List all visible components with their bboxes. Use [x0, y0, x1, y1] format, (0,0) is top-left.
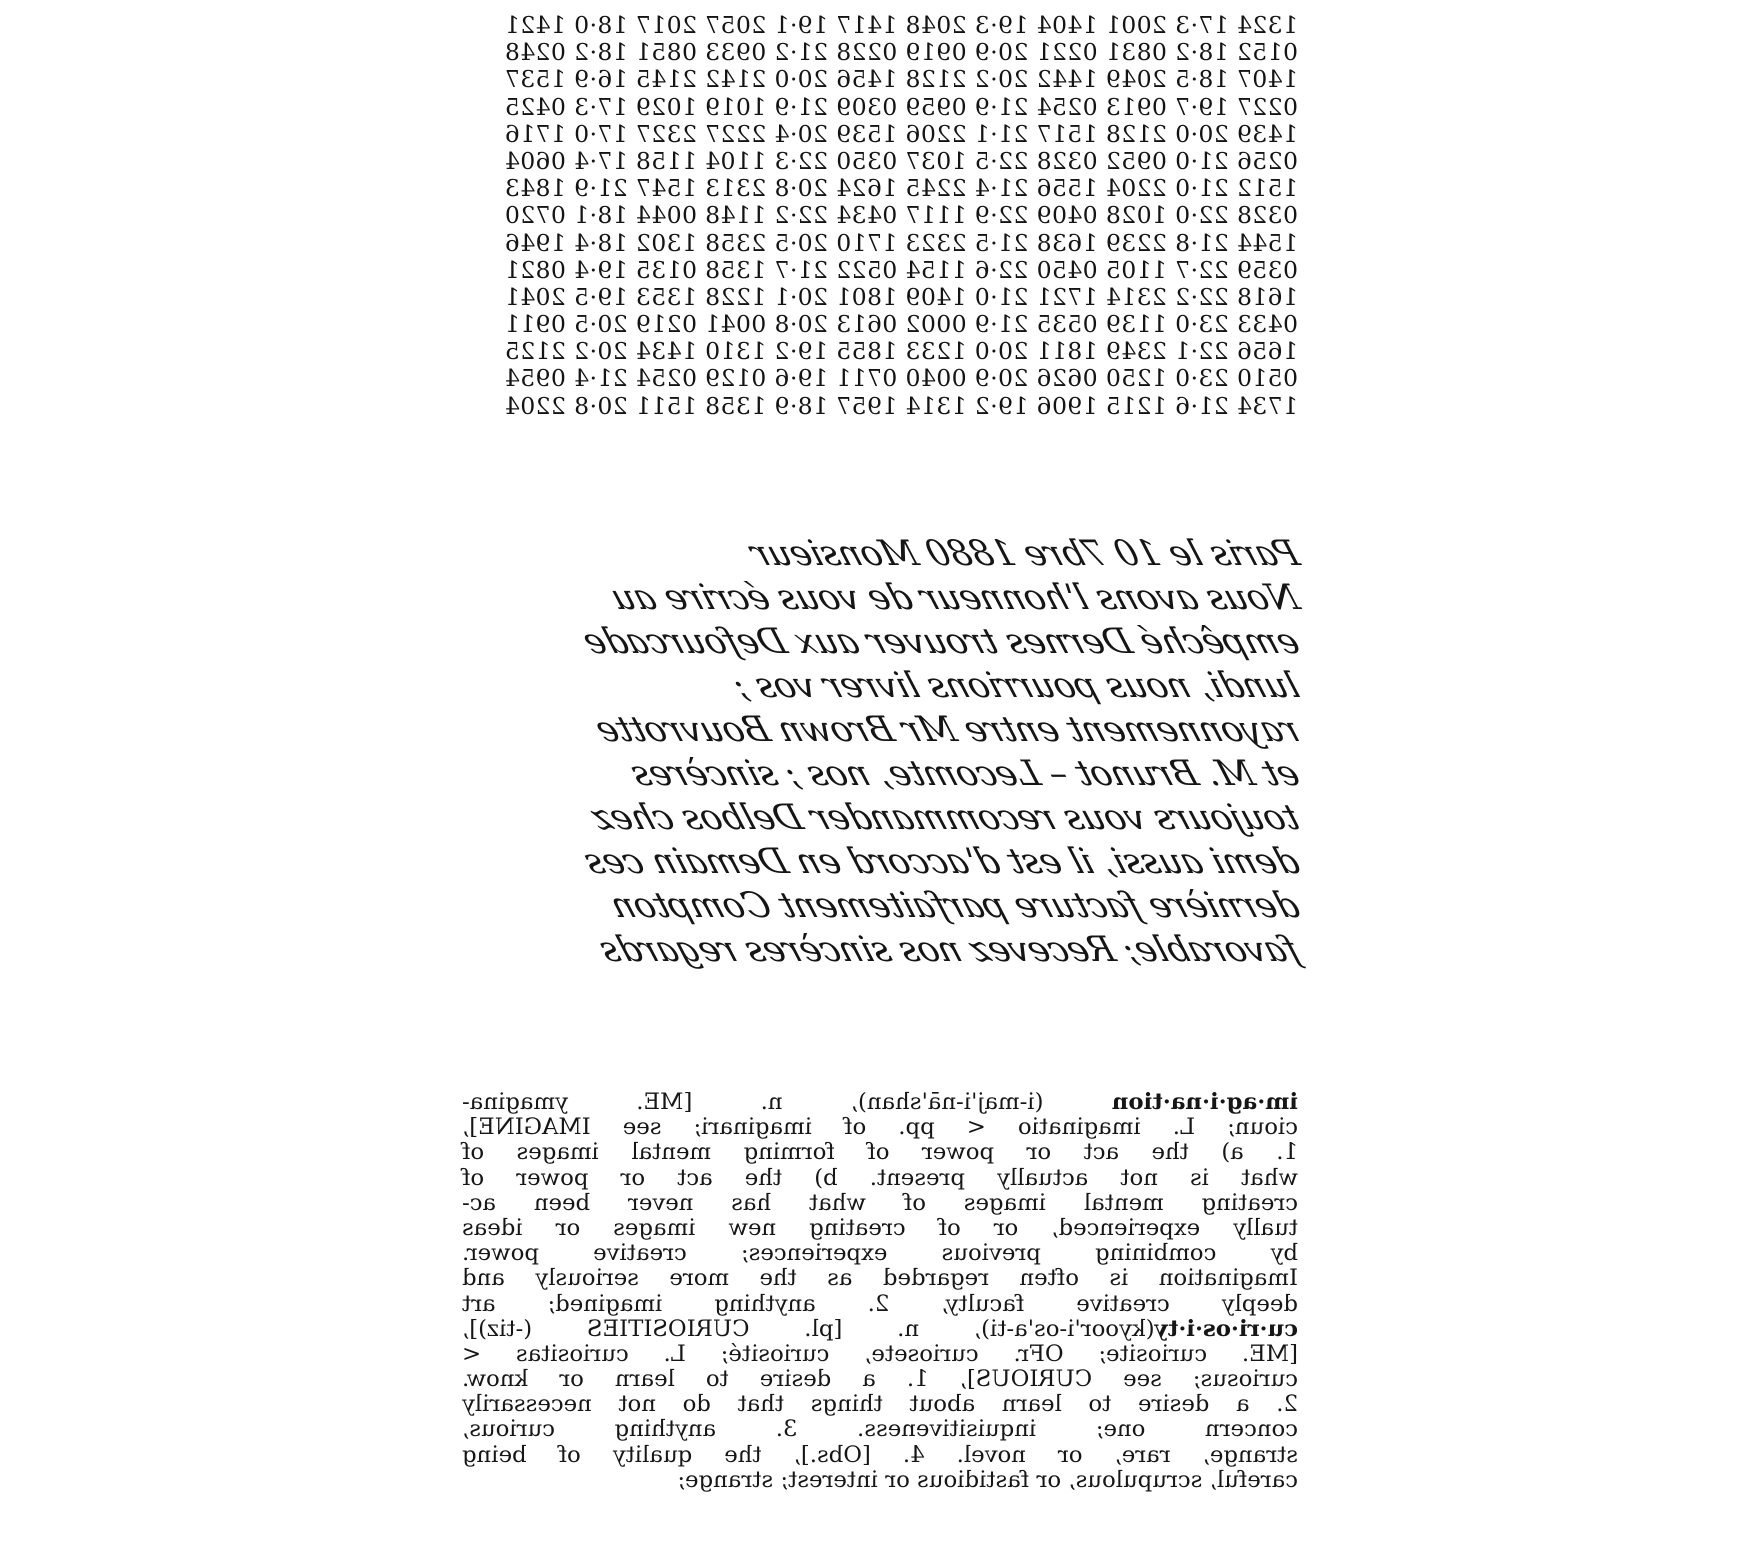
dictionary-line: creating mental images of what has never…: [462, 1191, 1298, 1216]
number-row: 1734 21·6 1215 1906 19·2 1314 1957 18·9 …: [462, 393, 1298, 420]
definition-text: [ME. curiosite; OFr. curiosete, curiosit…: [462, 1341, 1298, 1367]
definition-text: Imagination is often regarded as the mor…: [462, 1265, 1298, 1291]
handwritten-line: Paris le 10 7bre 1880 Monsieur: [459, 532, 1305, 576]
definition-text: (i-maj'i-nā'shan), n. [ME. ymagina-: [462, 1089, 1112, 1115]
number-row: 0433 23·0 1139 0535 21·9 0002 0613 20·8 …: [462, 311, 1298, 338]
number-row: 0359 22·7 1105 0450 22·6 1154 0522 21·7 …: [462, 257, 1298, 284]
definition-text: concern one; inquisitiveness. 3. anythin…: [462, 1416, 1298, 1442]
definition-text: what is not actually present. b) the act…: [462, 1165, 1298, 1191]
dictionary-line: what is not actually present. b) the act…: [462, 1166, 1298, 1191]
definition-text: curiosus; see CURIOUS], 1. a desire to l…: [462, 1366, 1298, 1392]
number-row: 0227 19·7 0913 0254 21·9 0959 0309 21·9 …: [462, 94, 1298, 121]
tide-number-table: 1324 17·3 2001 1404 19·3 2048 1417 19·1 …: [462, 12, 1298, 420]
dictionary-line: deeply creative faculty, 2. anything ima…: [462, 1292, 1298, 1317]
number-row: 0256 21·0 0952 0328 22·5 1037 0350 22·3 …: [462, 148, 1298, 175]
headword: cu·ri·os·i·ty: [1155, 1316, 1298, 1342]
dictionary-line: concern one; inquisitiveness. 3. anythin…: [462, 1417, 1298, 1442]
dictionary-line: by combining previous experiences; creat…: [462, 1241, 1298, 1266]
number-row: 0510 23·0 1250 0626 20·9 0040 0711 19·6 …: [462, 365, 1298, 392]
definition-text: 2. a desire to learn about things that d…: [462, 1391, 1298, 1417]
definition-text: tually experienced, or of creating new i…: [462, 1215, 1298, 1241]
number-row: 1512 21·0 2204 1556 21·4 2245 1624 20·8 …: [462, 175, 1298, 202]
dictionary-line: 1. a) the act or power of forming mental…: [462, 1140, 1298, 1165]
definition-text: 1. a) the act or power of forming mental…: [462, 1139, 1298, 1165]
handwritten-line: lundi, nous pourrions livrer vos ;: [459, 664, 1305, 708]
definition-text: by combining previous experiences; creat…: [462, 1240, 1298, 1266]
dictionary-line: im·ag·i·na·tion (i-maj'i-nā'shan), n. [M…: [462, 1090, 1298, 1115]
handwritten-line: demi aussi, il est d'accord en Demain ce…: [459, 840, 1305, 884]
dictionary-line: strange, rare, or novel. 4. [Obs.], the …: [462, 1443, 1298, 1468]
definition-text: careful, scrupulous, or fastidious or in…: [677, 1467, 1298, 1493]
dictionary-line: Imagination is often regarded as the mor…: [462, 1266, 1298, 1291]
handwritten-line: et M. Brunot – Lecomte, nos ; sincères: [459, 752, 1305, 796]
number-row: 1656 22·1 2349 1811 20·0 1233 1855 19·2 …: [462, 338, 1298, 365]
handwritten-line: Nous avons l'honneur de vous écrire au: [459, 576, 1305, 620]
definition-text: creating mental images of what has never…: [462, 1190, 1298, 1216]
number-row: 1324 17·3 2001 1404 19·3 2048 1417 19·1 …: [462, 12, 1298, 39]
dictionary-line: [ME. curiosite; OFr. curiosete, curiosit…: [462, 1342, 1298, 1367]
handwritten-line: empêché Dernes trouver aux Defourcade: [459, 620, 1305, 664]
number-row: 0152 18·2 0831 0221 20·9 0919 0228 21·2 …: [462, 39, 1298, 66]
number-row: 0328 22·0 1028 0409 22·9 1117 0434 22·2 …: [462, 202, 1298, 229]
definition-text: cioun; L. imaginatio < pp. of imaginari;…: [462, 1114, 1298, 1140]
dictionary-entries: im·ag·i·na·tion (i-maj'i-nā'shan), n. [M…: [462, 1090, 1298, 1493]
dictionary-line: cu·ri·os·i·ty(kyoor'i-os'a-ti), n. [pl. …: [462, 1317, 1298, 1342]
handwritten-line: toujours vous recommander Delbos chez: [459, 796, 1305, 840]
handwritten-line: rayonnement entre Mr Brown Bouvrotte: [459, 708, 1305, 752]
number-row: 1407 18·5 2049 1442 20·2 2128 1456 20·0 …: [462, 66, 1298, 93]
handwritten-french-letter: Paris le 10 7bre 1880 MonsieurNous avons…: [466, 532, 1298, 1012]
definition-text: deeply creative faculty, 2. anything ima…: [462, 1291, 1298, 1317]
definition-text: (kyoor'i-os'a-ti), n. [pl. CURIOSITIES (…: [462, 1316, 1155, 1342]
dictionary-line: cioun; L. imaginatio < pp. of imaginari;…: [462, 1115, 1298, 1140]
number-row: 1439 20·0 2128 1517 21·1 2206 1539 20·4 …: [462, 121, 1298, 148]
dictionary-line: curiosus; see CURIOUS], 1. a desire to l…: [462, 1367, 1298, 1392]
headword: im·ag·i·na·tion: [1112, 1089, 1298, 1115]
dictionary-line: 2. a desire to learn about things that d…: [462, 1392, 1298, 1417]
number-row: 1618 22·2 2314 1721 21·0 1409 1801 20·1 …: [462, 284, 1298, 311]
dictionary-line: tually experienced, or of creating new i…: [462, 1216, 1298, 1241]
handwritten-line: favorable; Recevez nos sincères regards: [459, 928, 1305, 972]
dictionary-line: careful, scrupulous, or fastidious or in…: [462, 1468, 1298, 1493]
number-row: 1544 21·8 2239 1638 21·5 2323 1710 20·5 …: [462, 230, 1298, 257]
handwritten-line: dernière facture parfaitement Compton: [459, 884, 1305, 928]
definition-text: strange, rare, or novel. 4. [Obs.], the …: [462, 1442, 1298, 1468]
